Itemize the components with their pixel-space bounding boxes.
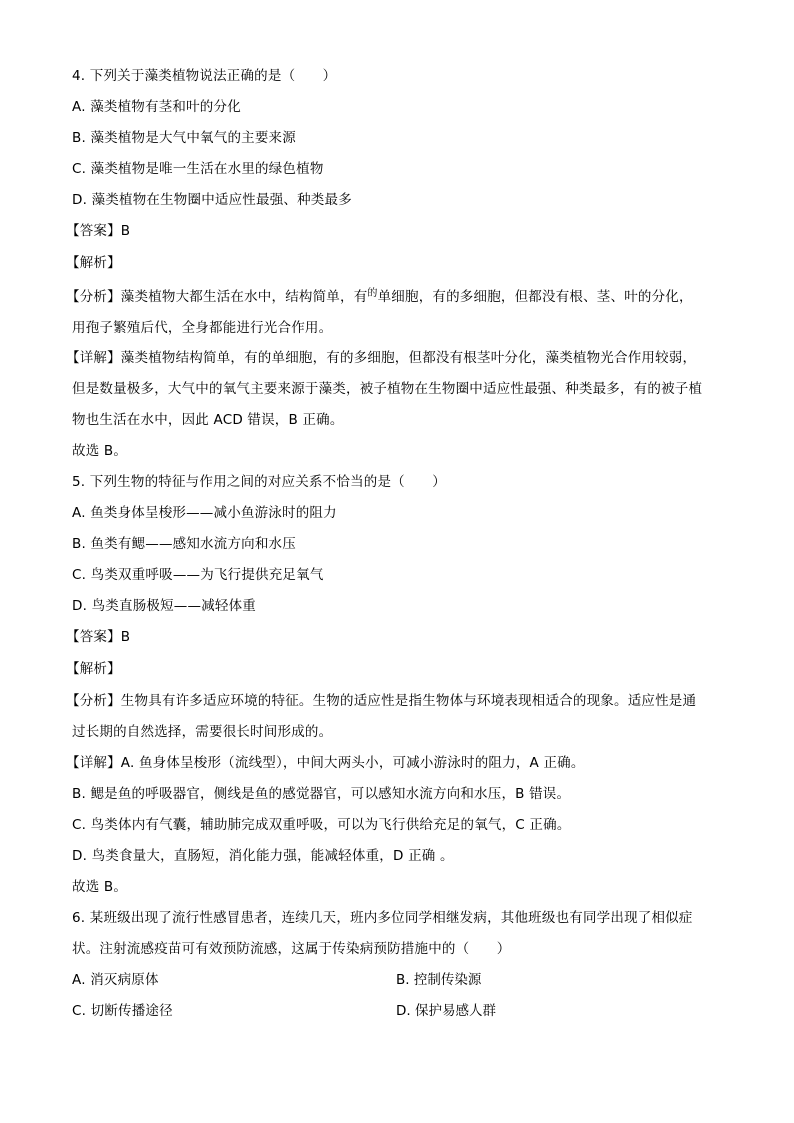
option-a: A. 藻类植物有茎和叶的分化	[72, 97, 241, 117]
question-number: 4.	[72, 68, 85, 84]
question-6-stem: 6. 某班级出现了流行性感冒患者，连续几天，班内多位同学相继发病，其他班级也有同…	[72, 908, 693, 928]
option-c: C. 藻类植物是唯一生活在水里的绿色植物	[72, 159, 324, 179]
option-text: 保护易感人群	[415, 1003, 496, 1019]
answer: 【答案】B	[66, 627, 130, 647]
question-text: 下列关于藻类植物说法正确的是（ ）	[90, 68, 337, 84]
analysis-line: 【分析】藻类植物大都生活在水中，结构简单，有的单细胞，有的多细胞，但都没有根、茎…	[66, 287, 693, 309]
analysis-heading: 【解析】	[66, 253, 121, 273]
question-number: 6.	[72, 910, 85, 926]
detail-line: B. 鳃是鱼的呼吸器官，侧线是鱼的感觉器官，可以感知水流方向和水压，B 错误。	[72, 784, 570, 804]
detail-line: 【详解】A. 鱼身体呈梭形（流线型），中间大两头小，可减小游泳时的阻力，A 正确…	[66, 753, 585, 773]
option-label: A.	[72, 99, 86, 115]
option-b: B. 藻类植物是大气中氧气的主要来源	[72, 128, 296, 148]
option-a: A. 消灭病原体	[72, 970, 159, 990]
option-text: 鱼类有鳃——感知水流方向和水压	[90, 536, 296, 552]
superscript-text: 的	[367, 288, 377, 299]
option-label: B.	[72, 536, 86, 552]
detail-line: D. 鸟类食量大，直肠短，消化能力强，能减轻体重，D 正确 。	[72, 846, 454, 866]
option-d: D. 藻类植物在生物圈中适应性最强、种类最多	[72, 190, 352, 210]
option-c: C. 切断传播途径	[72, 1001, 173, 1021]
option-text: 藻类植物是唯一生活在水里的绿色植物	[91, 161, 324, 177]
detail-line: C. 鸟类体内有气囊，辅助肺完成双重呼吸，可以为飞行供给充足的氧气，C 正确。	[72, 815, 571, 835]
option-b: B. 控制传染源	[396, 970, 481, 990]
option-d: D. 鸟类直肠极短——减轻体重	[72, 596, 256, 616]
conclusion: 故选 B。	[72, 441, 127, 461]
option-a: A. 鱼类身体呈梭形——减小鱼游泳时的阻力	[72, 503, 337, 523]
option-text: 鱼类身体呈梭形——减小鱼游泳时的阻力	[90, 505, 337, 521]
option-label: C.	[72, 567, 86, 583]
option-label: B.	[396, 972, 410, 988]
option-label: C.	[72, 161, 86, 177]
option-text: 鸟类双重呼吸——为飞行提供充足氧气	[91, 567, 324, 583]
detail-line: 物也生活在水中，因此 ACD 错误，B 正确。	[72, 410, 344, 430]
option-label: B.	[72, 130, 86, 146]
option-text: 藻类植物是大气中氧气的主要来源	[90, 130, 296, 146]
option-text: 消灭病原体	[90, 972, 159, 988]
option-text: 切断传播途径	[91, 1003, 173, 1019]
question-6-stem-cont: 状。注射流感疫苗可有效预防流感，这属于传染病预防措施中的（ ）	[72, 939, 510, 959]
option-label: D.	[72, 192, 87, 208]
option-label: D.	[72, 598, 87, 614]
option-text: 藻类植物在生物圈中适应性最强、种类最多	[92, 192, 352, 208]
detail-line: 但是数量极多，大气中的氧气主要来源于藻类，被子植物在生物圈中适应性最强、种类最多…	[72, 379, 702, 399]
document-page: 4. 下列关于藻类植物说法正确的是（ ） A. 藻类植物有茎和叶的分化 B. 藻…	[0, 0, 794, 1123]
option-text: 藻类植物有茎和叶的分化	[90, 99, 241, 115]
question-text: 某班级出现了流行性感冒患者，连续几天，班内多位同学相继发病，其他班级也有同学出现…	[90, 910, 693, 926]
option-text: 鸟类直肠极短——减轻体重	[92, 598, 256, 614]
question-5-stem: 5. 下列生物的特征与作用之间的对应关系不恰当的是（ ）	[72, 472, 446, 492]
analysis-line: 用孢子繁殖后代，全身都能进行光合作用。	[72, 318, 332, 338]
option-d: D. 保护易感人群	[396, 1001, 496, 1021]
detail-line: 【详解】藻类植物结构简单，有的单细胞，有的多细胞，但都没有根茎叶分化，藻类植物光…	[66, 348, 696, 368]
answer: 【答案】B	[66, 221, 130, 241]
question-4-stem: 4. 下列关于藻类植物说法正确的是（ ）	[72, 66, 336, 86]
option-text: 控制传染源	[414, 972, 482, 988]
option-b: B. 鱼类有鳃——感知水流方向和水压	[72, 534, 296, 554]
analysis-text: 【分析】藻类植物大都生活在水中，结构简单，有	[66, 289, 367, 305]
analysis-line: 过长期的自然选择，需要很长时间形成的。	[72, 722, 332, 742]
question-number: 5.	[72, 474, 85, 490]
analysis-text: 单细胞，有的多细胞，但都没有根、茎、叶的分化，	[378, 289, 693, 305]
option-label: C.	[72, 1003, 86, 1019]
option-label: A.	[72, 505, 86, 521]
option-label: D.	[396, 1003, 411, 1019]
analysis-line: 【分析】生物具有许多适应环境的特征。生物的适应性是指生物体与环境表现相适合的现象…	[66, 691, 696, 711]
option-c: C. 鸟类双重呼吸——为飞行提供充足氧气	[72, 565, 324, 585]
analysis-heading: 【解析】	[66, 659, 121, 679]
question-text: 下列生物的特征与作用之间的对应关系不恰当的是（ ）	[90, 474, 446, 490]
conclusion: 故选 B。	[72, 877, 127, 897]
option-label: A.	[72, 972, 86, 988]
